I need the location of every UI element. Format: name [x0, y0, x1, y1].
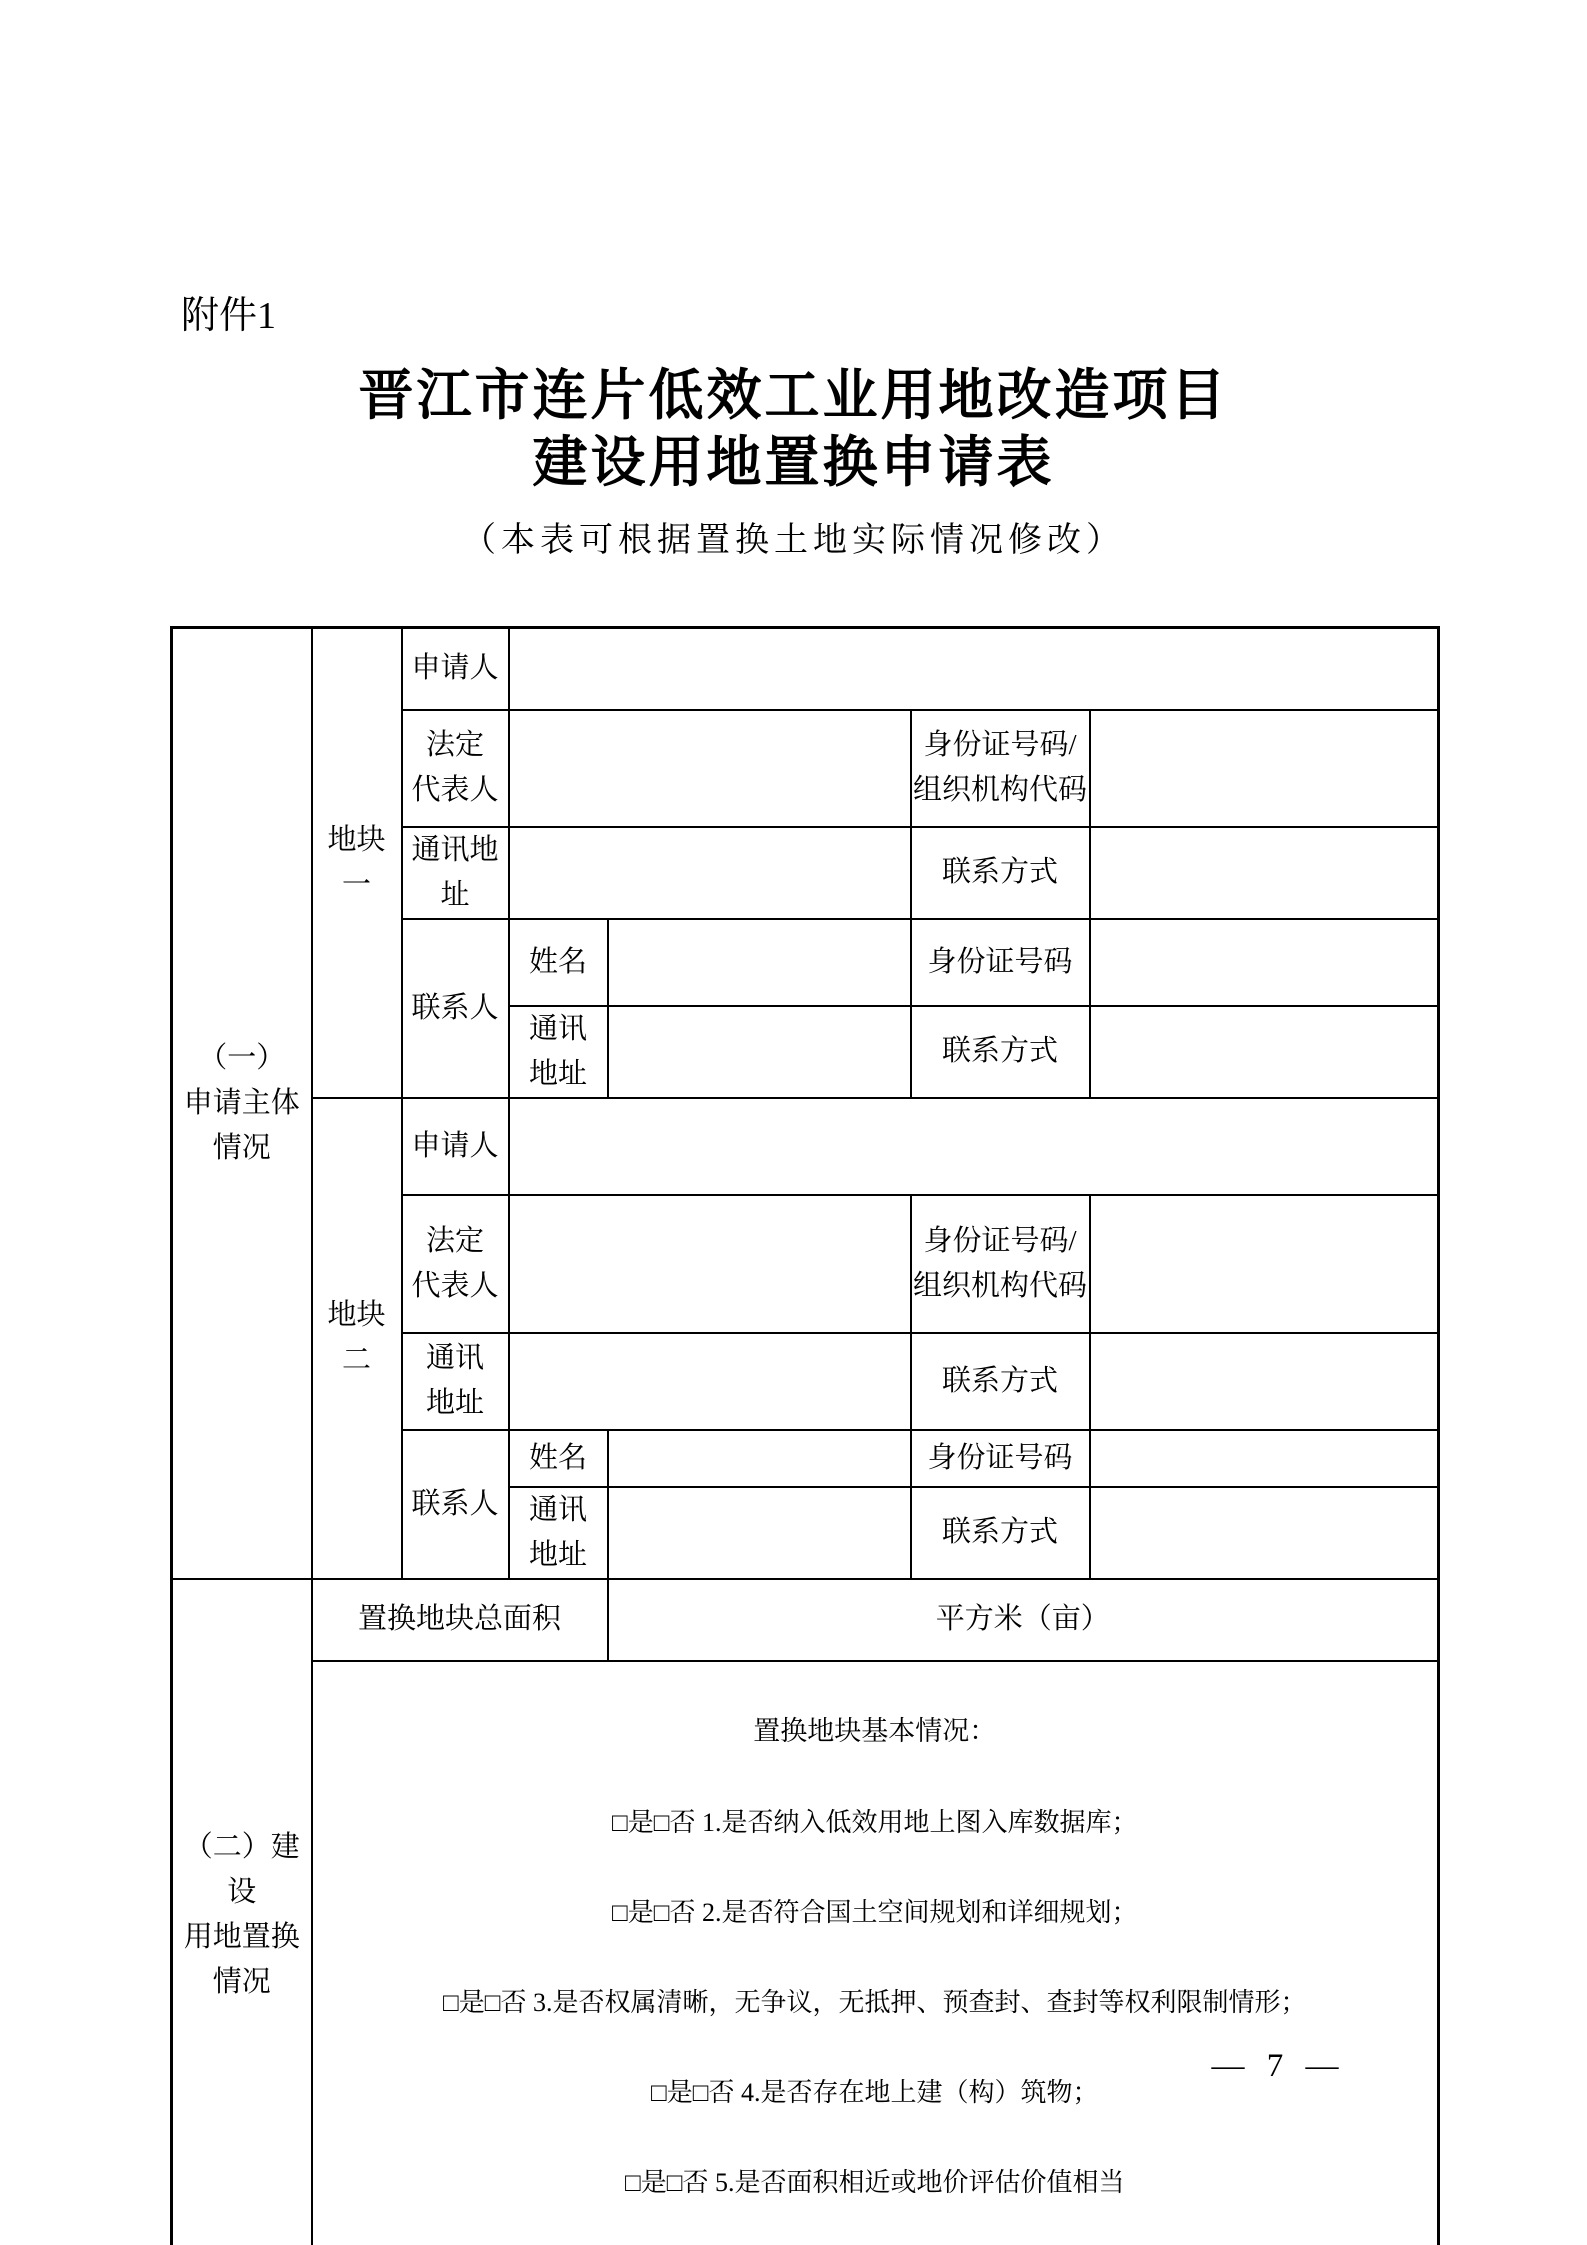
table-row: （二）建设 用地置换 情况 置换地块总面积 平方米（亩）	[172, 1579, 1439, 1661]
plot-2-id-org-input-cell[interactable]	[1090, 1195, 1439, 1333]
plot-2-applicant-label: 申请人	[402, 1098, 509, 1195]
plot-2-label: 地块 二	[312, 1098, 402, 1579]
plot-1-address-label: 通讯地 址	[402, 827, 509, 919]
plot-2-contact-address-input-cell[interactable]	[608, 1487, 911, 1579]
plot-2-id-org-label: 身份证号码/ 组织机构代码	[911, 1195, 1090, 1333]
plot-2-legal-rep-input-cell[interactable]	[509, 1195, 911, 1333]
plot-1-id-org-label: 身份证号码/ 组织机构代码	[911, 710, 1090, 827]
plot-1-legal-rep-label: 法定 代表人	[402, 710, 509, 827]
page-number: — 7 —	[1150, 2048, 1400, 2085]
plot-2-contact-id-label: 身份证号码	[911, 1430, 1090, 1487]
plot-2-address-label: 通讯 地址	[402, 1333, 509, 1430]
application-form-table: （一） 申请主体 情况 地块 一 申请人 法定 代表人 身份证号码/ 组织机构代…	[170, 626, 1440, 2245]
plot-1-contact-id-label: 身份证号码	[911, 919, 1090, 1006]
document-page: 附件1 晋江市连片低效工业用地改造项目 建设用地置换申请表 （本表可根据置换土地…	[0, 0, 1587, 2245]
total-area-label: 置换地块总面积	[312, 1579, 608, 1661]
plot-2-contact-person-label: 联系人	[402, 1430, 509, 1579]
plot-1-applicant-label: 申请人	[402, 628, 509, 710]
plot-2-legal-rep-label: 法定 代表人	[402, 1195, 509, 1333]
table-row: 置换地块基本情况： □是□否 1.是否纳入低效用地上图入库数据库； □是□否 2…	[172, 1661, 1439, 2245]
plot-1-contact-method-label: 联系方式	[911, 827, 1090, 919]
section-1-label: （一） 申请主体 情况	[172, 628, 312, 1579]
plot-1-contact-person-label: 联系人	[402, 919, 509, 1098]
plot-2-contact-name-input-cell[interactable]	[608, 1430, 911, 1487]
plot-2-contact-name-label: 姓名	[509, 1430, 608, 1487]
plot-2-contact-id-input-cell[interactable]	[1090, 1430, 1439, 1487]
checklist-item-5[interactable]: □是□否 5.是否面积相近或地价评估价值相当	[313, 2160, 1438, 2205]
checklist-item-1[interactable]: □是□否 1.是否纳入低效用地上图入库数据库；	[313, 1800, 1438, 1845]
plot-2-address-input-cell[interactable]	[509, 1333, 911, 1430]
plot-1-contact-method-input-cell[interactable]	[1090, 827, 1439, 919]
plot-2-applicant-input-cell[interactable]	[509, 1098, 1439, 1195]
plot-2-contact-method-label: 联系方式	[911, 1333, 1090, 1430]
form-subtitle: （本表可根据置换土地实际情况修改）	[0, 512, 1587, 561]
plot-1-contact-address-label: 通讯 地址	[509, 1006, 608, 1098]
plot-1-contact-address-method-input-cell[interactable]	[1090, 1006, 1439, 1098]
application-form: （一） 申请主体 情况 地块 一 申请人 法定 代表人 身份证号码/ 组织机构代…	[170, 626, 1440, 2245]
plot-1-applicant-input-cell[interactable]	[509, 628, 1439, 710]
plot-1-contact-name-input-cell[interactable]	[608, 919, 911, 1006]
table-row: （一） 申请主体 情况 地块 一 申请人	[172, 628, 1439, 710]
checklist-item-2[interactable]: □是□否 2.是否符合国土空间规划和详细规划；	[313, 1890, 1438, 1935]
table-row: 地块 二 申请人	[172, 1098, 1439, 1195]
basic-info-header: 置换地块基本情况：	[313, 1707, 1438, 1755]
plot-1-contact-address-method-label: 联系方式	[911, 1006, 1090, 1098]
plot-1-contact-address-input-cell[interactable]	[608, 1006, 911, 1098]
checklist-item-3[interactable]: □是□否 3.是否权属清晰，无争议，无抵押、预查封、查封等权利限制情形；	[313, 1980, 1438, 2025]
plot-2-contact-address-method-input-cell[interactable]	[1090, 1487, 1439, 1579]
plot-1-legal-rep-input-cell[interactable]	[509, 710, 911, 827]
plot-1-contact-name-label: 姓名	[509, 919, 608, 1006]
form-title: 晋江市连片低效工业用地改造项目 建设用地置换申请表	[0, 362, 1587, 496]
basic-info-cell: 置换地块基本情况： □是□否 1.是否纳入低效用地上图入库数据库； □是□否 2…	[312, 1661, 1439, 2245]
plot-2-contact-address-label: 通讯 地址	[509, 1487, 608, 1579]
plot-1-address-input-cell[interactable]	[509, 827, 911, 919]
plot-2-contact-address-method-label: 联系方式	[911, 1487, 1090, 1579]
plot-1-id-org-input-cell[interactable]	[1090, 710, 1439, 827]
attachment-label: 附件1	[181, 294, 276, 338]
section-2-label: （二）建设 用地置换 情况	[172, 1579, 312, 2245]
plot-1-label: 地块 一	[312, 628, 402, 1098]
total-area-input-cell[interactable]: 平方米（亩）	[608, 1579, 1439, 1661]
plot-1-contact-id-input-cell[interactable]	[1090, 919, 1439, 1006]
plot-2-contact-method-input-cell[interactable]	[1090, 1333, 1439, 1430]
